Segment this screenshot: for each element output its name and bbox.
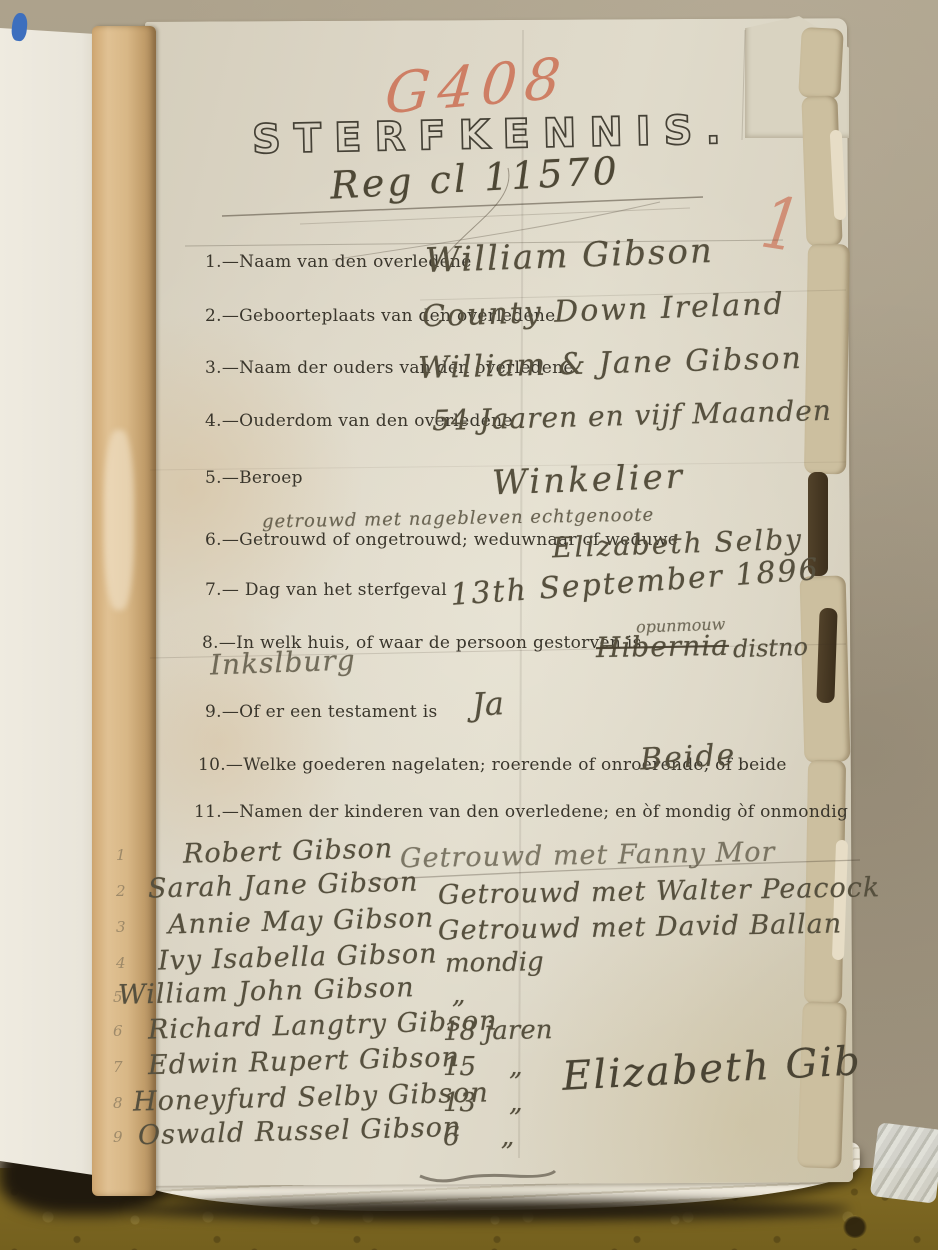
field-9-answer: Ja	[471, 684, 505, 724]
field-5-answer: Winkelier	[491, 457, 685, 504]
child-row-number: 4	[116, 954, 126, 972]
child-row-number: 3	[116, 918, 126, 936]
child-row-number: 9	[113, 1128, 123, 1146]
child-row-number: 6	[113, 1022, 123, 1040]
torn-edge-gap	[816, 608, 837, 704]
field-8-note-left: Inkslburg	[209, 643, 356, 681]
field-7-label: 7.— Dag van het sterfgeval	[205, 580, 447, 600]
field-11-label: 11.—Namen der kinderen van den overleden…	[194, 802, 848, 822]
field-8-answer: Hibernia	[596, 629, 729, 664]
child-row-number: 1	[116, 846, 126, 864]
torn-edge	[804, 244, 850, 475]
table-dark-spot	[843, 1216, 867, 1238]
child-name: Robert Gibson	[183, 833, 394, 869]
field-9-label: 9.—Of er een testament is	[205, 702, 438, 722]
spine-tape	[92, 26, 156, 1196]
child-status: Getrouwd met Fanny Mor	[400, 837, 776, 875]
child-status: mondig	[445, 947, 544, 979]
torn-edge	[798, 27, 844, 99]
child-row-number: 7	[113, 1058, 123, 1076]
photograph-of-death-notice: G408 STERFKENNIS. Reg cl 11570 1 1.—Naam…	[0, 0, 938, 1250]
child-row-number: 2	[116, 882, 126, 900]
field-8-answer-after: distno	[733, 633, 809, 664]
field-5-label: 5.—Beroep	[205, 468, 303, 488]
child-status: 6 „	[443, 1122, 514, 1152]
spine-tape-highlight	[104, 430, 134, 610]
plastic-object	[870, 1122, 938, 1203]
bottom-shadow	[130, 1200, 850, 1220]
field-10-answer: Beide	[639, 738, 737, 778]
child-row-number: 8	[113, 1094, 123, 1112]
